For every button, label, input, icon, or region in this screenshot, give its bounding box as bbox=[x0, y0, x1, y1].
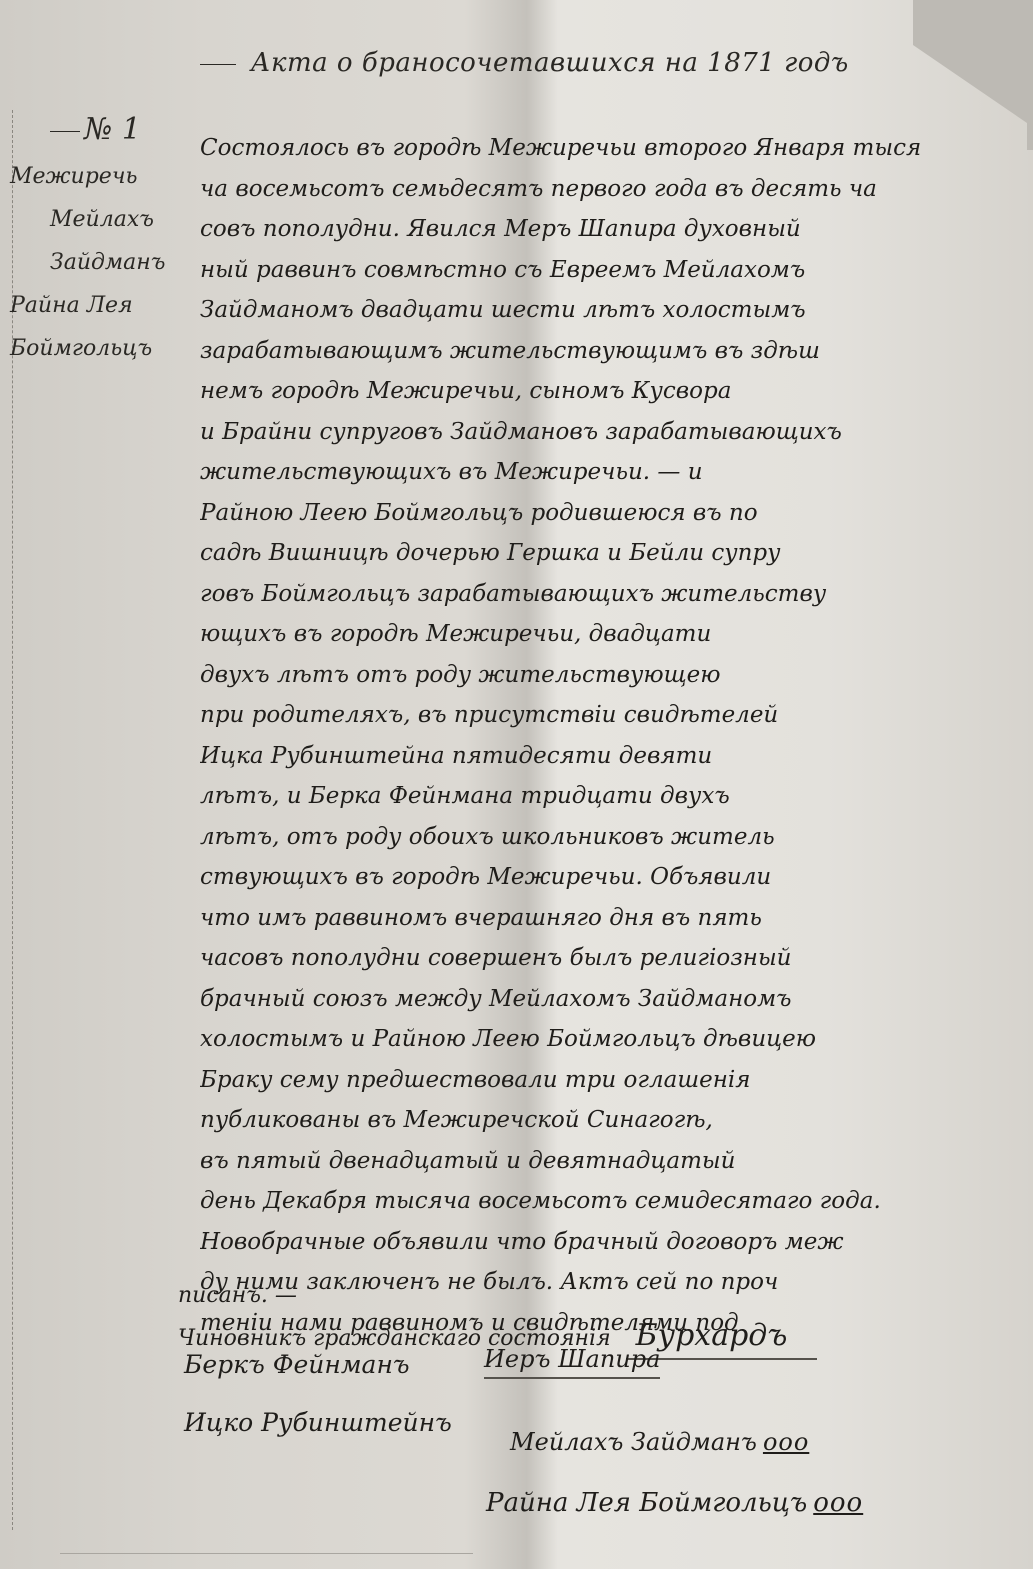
record-number: № 1 bbox=[10, 112, 195, 147]
margin-column: № 1 Межиречь Мейлахъ Зайдманъ Райна Лея … bbox=[10, 112, 195, 370]
body-line: зарабатывающимъ жительствующимъ въ здѣш bbox=[200, 331, 1000, 372]
body-line: Состоялось въ городѣ Межиречьи второго Я… bbox=[200, 128, 1000, 169]
document-photo: Акта о браносочетавшихся на 1871 годъ № … bbox=[0, 0, 1033, 1569]
body-line: Ицка Рубинштейна пятидесяти девяти bbox=[200, 736, 1000, 777]
record-body: Состоялось въ городѣ Межиречьи второго Я… bbox=[200, 128, 1000, 1343]
body-line: брачный союзъ между Мейлахомъ Зайдманомъ bbox=[200, 979, 1000, 1020]
body-line: при родителяхъ, въ присутствіи свидѣтеле… bbox=[200, 695, 1000, 736]
body-line: говъ Боймгольцъ зарабатывающихъ жительст… bbox=[200, 574, 1000, 615]
groom-signature-line: Мейлахъ Зайдманъооо bbox=[510, 1428, 809, 1456]
body-line: немъ городѣ Межиречьи, сыномъ Кусвора bbox=[200, 371, 1000, 412]
body-line: ный раввинъ совмѣстно съ Евреемъ Мейлахо… bbox=[200, 250, 1000, 291]
body-line: ча восемьсотъ семьдесятъ первого года въ… bbox=[200, 169, 1000, 210]
heading-text: Акта о браносочетавшихся на 1871 годъ bbox=[251, 48, 849, 78]
body-line: что имъ раввиномъ вчерашняго дня въ пять bbox=[200, 898, 1000, 939]
groom-signature: Мейлахъ Зайдманъ bbox=[510, 1428, 757, 1456]
body-line: двухъ лѣтъ отъ роду жительствующею bbox=[200, 655, 1000, 696]
number-dash bbox=[50, 131, 80, 132]
body-line: ющихъ въ городѣ Межиречьи, двадцати bbox=[200, 614, 1000, 655]
body-line: часовъ пополудни совершенъ былъ религіоз… bbox=[200, 938, 1000, 979]
body-line: совъ пополудни. Явился Меръ Шапира духов… bbox=[200, 209, 1000, 250]
body-line: въ пятый двенадцатый и девятнадцатый bbox=[200, 1141, 1000, 1182]
body-line: Браку сему предшествовали три оглашенія bbox=[200, 1060, 1000, 1101]
rabbi-signature: Иеръ Шапира bbox=[484, 1345, 660, 1379]
margin-note-groom-surname: Зайдманъ bbox=[10, 241, 195, 284]
body-line: Райною Леею Боймгольцъ родившеюся въ по bbox=[200, 493, 1000, 534]
record-number-text: № 1 bbox=[84, 112, 141, 147]
bride-signature: Райна Лея Боймгольцъ bbox=[486, 1488, 807, 1518]
witness-signature-2: Ицко Рубинштейнъ bbox=[184, 1408, 452, 1437]
record-heading: Акта о браносочетавшихся на 1871 годъ bbox=[200, 48, 880, 79]
margin-note-place: Межиречь bbox=[10, 155, 195, 198]
heading-dash bbox=[200, 64, 236, 65]
body-line: лѣтъ, отъ роду обоихъ школьниковъ житель bbox=[200, 817, 1000, 858]
witness-signature-1: Беркъ Фейнманъ bbox=[184, 1350, 410, 1379]
body-line: публикованы въ Межиречской Синагогѣ, bbox=[200, 1100, 1000, 1141]
body-line: садѣ Вишницѣ дочерью Гершка и Бейли супр… bbox=[200, 533, 1000, 574]
body-line: и Брайни супруговъ Зайдмановъ зарабатыва… bbox=[200, 412, 1000, 453]
body-line: ствующихъ въ городѣ Межиречьи. Объявили bbox=[200, 857, 1000, 898]
body-line: Зайдманомъ двадцати шести лѣтъ холостымъ bbox=[200, 290, 1000, 331]
body-line: день Декабря тысяча восемьсотъ семидесят… bbox=[200, 1181, 1000, 1222]
body-line: жительствующихъ въ Межиречьи. — и bbox=[200, 452, 1000, 493]
margin-note-bride-given: Райна Лея bbox=[10, 284, 195, 327]
body-line: Новобрачные объявили что брачный договор… bbox=[200, 1222, 1000, 1263]
margin-note-bride-surname: Боймгольцъ bbox=[10, 327, 195, 370]
margin-note-groom-given: Мейлахъ bbox=[10, 198, 195, 241]
bride-marks: ооо bbox=[813, 1488, 863, 1518]
bottom-rule bbox=[60, 1553, 473, 1554]
bride-signature-line: Райна Лея Боймгольцъооо bbox=[486, 1488, 863, 1518]
body-line: холостымъ и Райною Леею Боймгольцъ дѣвиц… bbox=[200, 1019, 1000, 1060]
closing-line: писанъ. — bbox=[178, 1276, 978, 1316]
groom-marks: ооо bbox=[763, 1428, 809, 1456]
body-line: лѣтъ, и Берка Фейнмана тридцати двухъ bbox=[200, 776, 1000, 817]
